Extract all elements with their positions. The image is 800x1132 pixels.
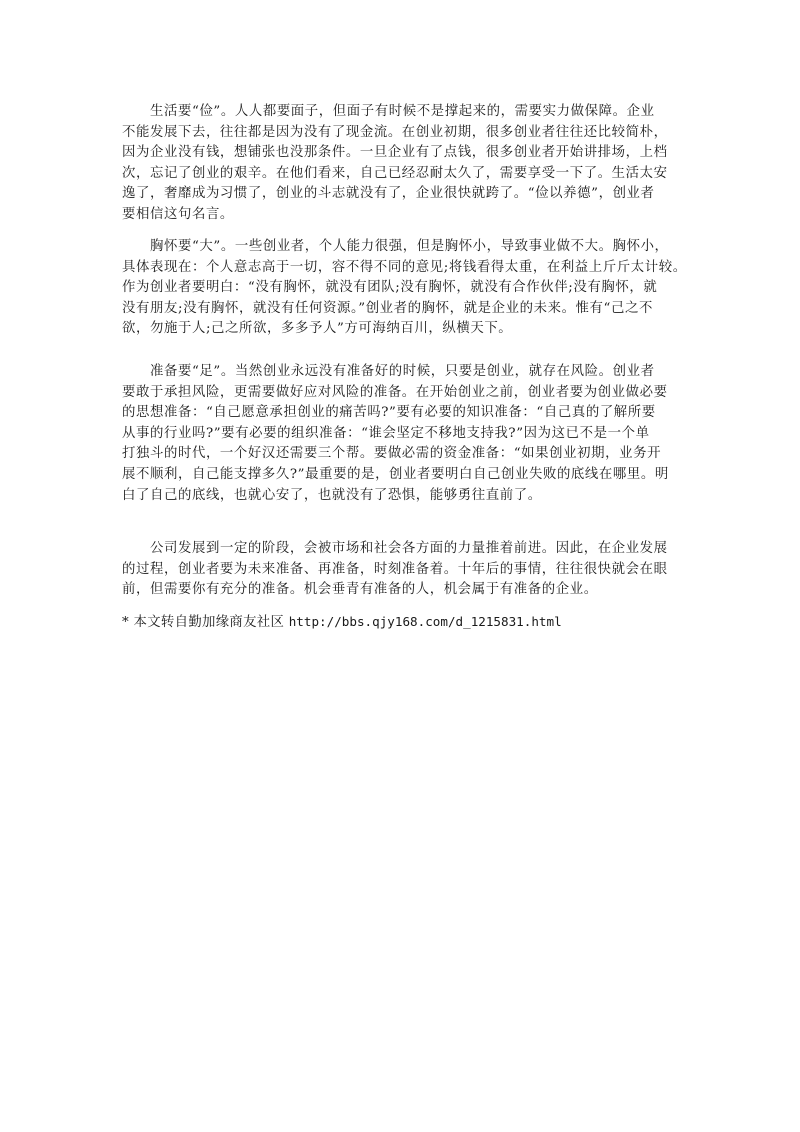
- paragraph-line: 准备要“足”。当然创业永远没有准备好的时候，只要是创业，就存在风险。创业者: [122, 362, 682, 383]
- paragraph-line: 胸怀要“大”。一些创业者，个人能力很强，但是胸怀小，导致事业做不大。胸怀小，: [122, 237, 682, 258]
- paragraph-line: 前，但需要你有充分的准备。机会垂青有准备的人，机会属于有准备的企业。: [122, 580, 682, 601]
- paragraph-line: 作为创业者要明白：“没有胸怀，就没有团队;没有胸怀，就没有合作伙伴;没有胸怀，就: [122, 278, 682, 299]
- paragraph-line: 要敢于承担风险，更需要做好应对风险的准备。在开始创业之前，创业者要为创业做必要: [122, 383, 682, 404]
- paragraph-line: 从事的行业吗?”要有必要的组织准备：“谁会坚定不移地支持我?”因为这已不是一个单: [122, 424, 682, 445]
- paragraph-line: 公司发展到一定的阶段，会被市场和社会各方面的力量推着前进。因此，在企业发展: [122, 539, 682, 560]
- paragraph-company-development: 公司发展到一定的阶段，会被市场和社会各方面的力量推着前进。因此，在企业发展 的过…: [122, 539, 682, 601]
- paragraph-line: 因为企业没有钱，想铺张也没那条件。一旦企业有了点钱，很多创业者开始讲排场，上档: [122, 143, 682, 164]
- paragraph-line: 打独斗的时代，一个好汉还需要三个帮。要做必需的资金准备：“如果创业初期，业务开: [122, 444, 682, 465]
- paragraph-line: 生活要“俭”。人人都要面子，但面子有时候不是撑起来的，需要实力做保障。企业: [122, 102, 682, 123]
- source-prefix: * 本文转自勤加缘商友社区: [122, 615, 284, 630]
- paragraph-line: 欲，勿施于人;己之所欲，多多予人”方可海纳百川，纵横天下。: [122, 319, 682, 340]
- paragraph-line: 的过程，创业者要为未来准备、再准备，时刻准备着。十年后的事情，往往很快就会在眼: [122, 560, 682, 581]
- paragraph-line: 次，忘记了创业的艰辛。在他们看来，自己已经忍耐太久了，需要享受一下了。生活太安: [122, 164, 682, 185]
- source-url-link[interactable]: http://bbs.qjy168.com/d_1215831.html: [289, 614, 562, 629]
- paragraph-frugal-living: 生活要“俭”。人人都要面子，但面子有时候不是撑起来的，需要实力做保障。企业 不能…: [122, 102, 682, 226]
- paragraph-preparation: 准备要“足”。当然创业永远没有准备好的时候，只要是创业，就存在风险。创业者 要敢…: [122, 362, 682, 506]
- paragraph-line: 白了自己的底线，也就心安了，也就没有了恐惧，能够勇往直前了。: [122, 486, 682, 507]
- document-page: 生活要“俭”。人人都要面子，但面子有时候不是撑起来的，需要实力做保障。企业 不能…: [0, 0, 800, 1132]
- paragraph-line: 逸了，奢靡成为习惯了，创业的斗志就没有了，企业很快就跨了。“俭以养德”，创业者: [122, 184, 682, 205]
- source-footer: * 本文转自勤加缘商友社区 http://bbs.qjy168.com/d_12…: [122, 612, 562, 633]
- paragraph-line: 没有朋友;没有胸怀，就没有任何资源。”创业者的胸怀，就是企业的未来。惟有“己之不: [122, 299, 682, 320]
- paragraph-line: 的思想准备：“自己愿意承担创业的痛苦吗?”要有必要的知识准备：“自己真的了解所要: [122, 403, 682, 424]
- paragraph-broad-mind: 胸怀要“大”。一些创业者，个人能力很强，但是胸怀小，导致事业做不大。胸怀小， 具…: [122, 237, 682, 340]
- paragraph-line: 不能发展下去，往往都是因为没有了现金流。在创业初期，很多创业者往往还比较简朴，: [122, 123, 682, 144]
- paragraph-line: 具体表现在：个人意志高于一切，容不得不同的意见;将钱看得太重，在利益上斤斤太计较…: [122, 258, 682, 279]
- paragraph-line: 要相信这句名言。: [122, 205, 682, 226]
- paragraph-line: 展不顺利，自己能支撑多久?”最重要的是，创业者要明白自己创业失败的底线在哪里。明: [122, 465, 682, 486]
